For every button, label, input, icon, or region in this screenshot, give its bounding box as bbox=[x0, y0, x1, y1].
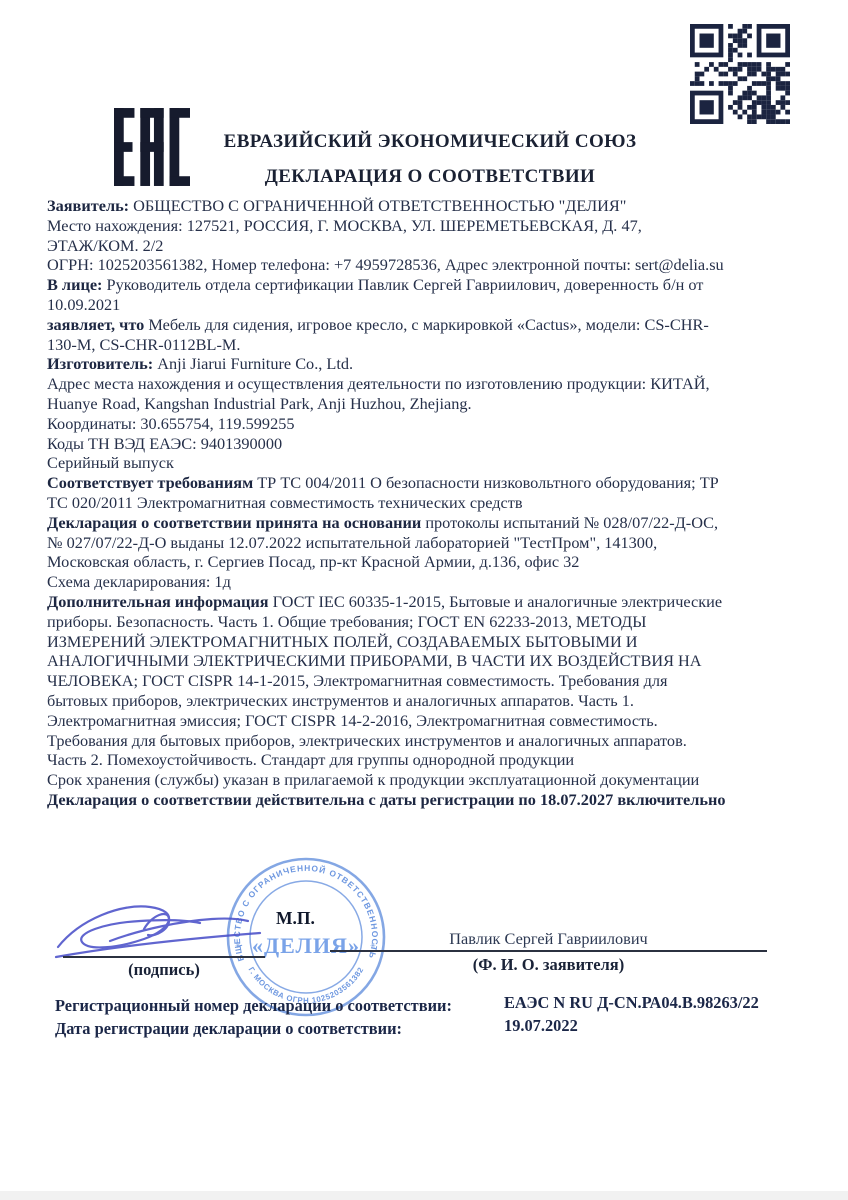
document-line: Московская область, г. Сергиев Посад, пр… bbox=[47, 552, 811, 572]
document-line: Схема декларирования: 1д bbox=[47, 572, 811, 592]
document-line: Электромагнитная эмиссия; ГОСТ CISPR 14-… bbox=[47, 711, 811, 731]
registration-date-value: 19.07.2022 bbox=[504, 1016, 578, 1036]
applicant-name-line bbox=[330, 950, 767, 952]
scan-edge bbox=[0, 1191, 848, 1200]
registration-number-label: Регистрационный номер декларации о соотв… bbox=[55, 996, 452, 1016]
document-line: Адрес места нахождения и осуществления д… bbox=[47, 374, 811, 394]
document-line: Серийный выпуск bbox=[47, 453, 811, 473]
document-line: Требования для бытовых приборов, электри… bbox=[47, 731, 811, 751]
document-line: В лице: Руководитель отдела сертификации… bbox=[47, 275, 811, 295]
document-line: 10.09.2021 bbox=[47, 295, 811, 315]
signature-caption: (подпись) bbox=[63, 960, 265, 980]
document-line: АНАЛОГИЧНЫМИ ЭЛЕКТРИЧЕСКИМИ ПРИБОРАМИ, В… bbox=[47, 651, 811, 671]
document-line: приборы. Безопасность. Часть 1. Общие тр… bbox=[47, 612, 811, 632]
document-line: Декларация о соответствии принята на осн… bbox=[47, 513, 811, 533]
registration-number-value: ЕАЭС N RU Д-CN.РА04.В.98263/22 bbox=[504, 993, 759, 1013]
applicant-name-caption: (Ф. И. О. заявителя) bbox=[330, 955, 767, 975]
qr-code bbox=[690, 24, 790, 124]
document-line: № 027/07/22-Д-О выданы 12.07.2022 испыта… bbox=[47, 533, 811, 553]
document-line: Срок хранения (службы) указан в прилагае… bbox=[47, 770, 811, 790]
document-line: Huanye Road, Kangshan Industrial Park, A… bbox=[47, 394, 811, 414]
document-line: ЧЕЛОВЕКА; ГОСТ CISPR 14-1-2015, Электром… bbox=[47, 671, 811, 691]
document-line: Заявитель: ОБЩЕСТВО С ОГРАНИЧЕННОЙ ОТВЕТ… bbox=[47, 196, 811, 216]
document-line: ЭТАЖ/КОМ. 2/2 bbox=[47, 236, 811, 256]
document-line: заявляет, что Мебель для сидения, игрово… bbox=[47, 315, 811, 335]
signature-line bbox=[63, 956, 265, 958]
document-line: ОГРН: 1025203561382, Номер телефона: +7 … bbox=[47, 255, 811, 275]
document-line: Координаты: 30.655754, 119.599255 bbox=[47, 414, 811, 434]
document-line: Соответствует требованиям ТР ТС 004/2011… bbox=[47, 473, 811, 493]
document-line: Изготовитель: Anji Jiarui Furniture Co.,… bbox=[47, 354, 811, 374]
document-line: Место нахождения: 127521, РОССИЯ, Г. МОС… bbox=[47, 216, 811, 236]
applicant-name: Павлик Сергей Гавриилович bbox=[330, 929, 767, 949]
document-line: бытовых приборов, электрических инструме… bbox=[47, 691, 811, 711]
registration-date-label: Дата регистрации декларации о соответств… bbox=[55, 1019, 402, 1039]
stamp-place-label: М.П. bbox=[276, 908, 315, 929]
document-line: Коды ТН ВЭД ЕАЭС: 9401390000 bbox=[47, 434, 811, 454]
document-line: ИЗМЕРЕНИЙ ЭЛЕКТРОМАГНИТНЫХ ПОЛЕЙ, СОЗДАВ… bbox=[47, 632, 811, 652]
document-line: Часть 2. Помехоустойчивость. Стандарт дл… bbox=[47, 750, 811, 770]
document-line: Декларация о соответствии действительна … bbox=[47, 790, 811, 810]
union-title: ЕВРАЗИЙСКИЙ ЭКОНОМИЧЕСКИЙ СОЮЗ bbox=[60, 131, 800, 153]
declaration-document: ЕВРАЗИЙСКИЙ ЭКОНОМИЧЕСКИЙ СОЮЗ ДЕКЛАРАЦИ… bbox=[0, 0, 848, 1200]
declaration-title: ДЕКЛАРАЦИЯ О СООТВЕТСТВИИ bbox=[60, 166, 800, 188]
document-line: ТС 020/2011 Электромагнитная совместимос… bbox=[47, 493, 811, 513]
document-line: Дополнительная информация ГОСТ IEC 60335… bbox=[47, 592, 811, 612]
document-body: Заявитель: ОБЩЕСТВО С ОГРАНИЧЕННОЙ ОТВЕТ… bbox=[47, 196, 811, 810]
document-line: 130-M, CS-CHR-0112BL-M. bbox=[47, 335, 811, 355]
